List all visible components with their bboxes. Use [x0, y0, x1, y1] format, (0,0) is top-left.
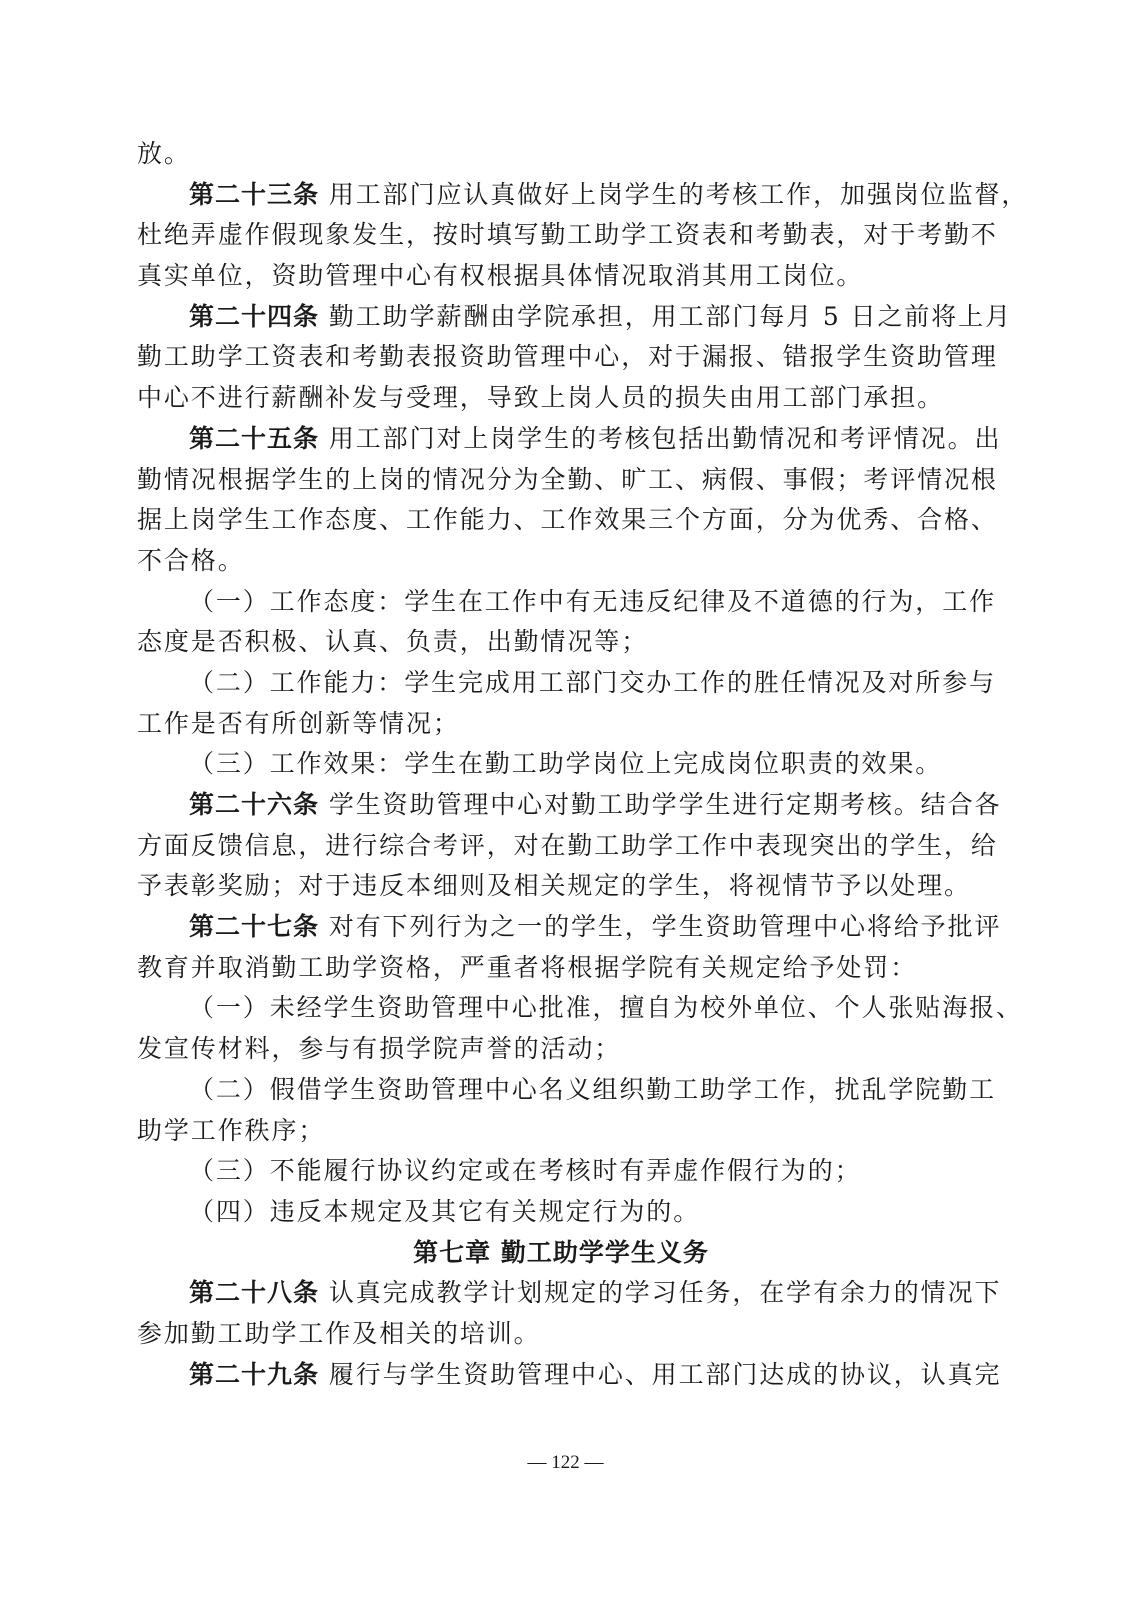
text-line: 勤情况根据学生的上岗的情况分为全勤、旷工、病假、事假；考评情况根	[137, 460, 985, 501]
list-item-line: （一）工作态度：学生在工作中有无违反纪律及不道德的行为，工作	[137, 582, 985, 623]
list-item-line: （一）未经学生资助管理中心批准，擅自为校外单位、个人张贴海报、	[137, 988, 985, 1029]
article-text: 认真完成教学计划规定的学习任务，在学有余力的情况下	[319, 1278, 1001, 1307]
text-line: 态度是否积极、认真、负责，出勤情况等；	[137, 622, 985, 663]
article-28-line: 第二十八条 认真完成教学计划规定的学习任务，在学有余力的情况下	[137, 1273, 985, 1314]
article-heading: 第二十八条	[189, 1278, 319, 1307]
article-heading: 第二十五条	[189, 424, 319, 453]
article-heading: 第二十九条	[189, 1360, 319, 1389]
article-24-line: 第二十四条 勤工助学薪酬由学院承担，用工部门每月 5 日之前将上月	[137, 297, 985, 338]
text-line: 予表彰奖励；对于违反本细则及相关规定的学生，将视情节予以处理。	[137, 866, 985, 907]
list-item-line: （二）工作能力：学生完成用工部门交办工作的胜任情况及对所参与	[137, 663, 985, 704]
text-line: 中心不进行薪酬补发与受理，导致上岗人员的损失由用工部门承担。	[137, 378, 985, 419]
text-line: 助学工作秩序；	[137, 1111, 985, 1152]
text-line: 杜绝弄虚作假现象发生，按时填写勤工助学工资表和考勤表，对于考勤不	[137, 215, 985, 256]
article-29-line: 第二十九条 履行与学生资助管理中心、用工部门达成的协议，认真完	[137, 1355, 985, 1396]
text-line: 不合格。	[137, 541, 985, 582]
article-heading: 第二十四条	[189, 302, 319, 331]
text-line: 放。	[137, 134, 985, 175]
text-line: 勤工助学工资表和考勤表报资助管理中心，对于漏报、错报学生资助管理	[137, 337, 985, 378]
chapter-heading: 第七章 勤工助学学生义务	[137, 1233, 985, 1274]
list-item-line: （二）假借学生资助管理中心名义组织勤工助学工作，扰乱学院勤工	[137, 1070, 985, 1111]
article-23-line: 第二十三条 用工部门应认真做好上岗学生的考核工作，加强岗位监督，	[137, 175, 985, 216]
article-25-line: 第二十五条 用工部门对上岗学生的考核包括出勤情况和考评情况。出	[137, 419, 985, 460]
article-text: 勤工助学薪酬由学院承担，用工部门每月 5 日之前将上月	[319, 302, 1012, 331]
list-item-line: （三）不能履行协议约定或在考核时有弄虚作假行为的；	[137, 1151, 985, 1192]
article-heading: 第二十七条	[189, 912, 319, 941]
text-line: 发宣传材料，参与有损学院声誉的活动；	[137, 1029, 985, 1070]
text-line: 真实单位，资助管理中心有权根据具体情况取消其用工岗位。	[137, 256, 985, 297]
article-text: 对有下列行为之一的学生，学生资助管理中心将给予批评	[319, 912, 1001, 941]
article-text: 学生资助管理中心对勤工助学学生进行定期考核。结合各	[319, 790, 1001, 819]
text-line: 教育并取消勤工助学资格，严重者将根据学院有关规定给予处罚：	[137, 948, 985, 989]
article-text: 履行与学生资助管理中心、用工部门达成的协议，认真完	[319, 1360, 1001, 1389]
text-line: 方面反馈信息，进行综合考评，对在勤工助学工作中表现突出的学生，给	[137, 826, 985, 867]
list-item-line: （四）违反本规定及其它有关规定行为的。	[137, 1192, 985, 1233]
text-line: 工作是否有所创新等情况；	[137, 704, 985, 745]
text-line: 参加勤工助学工作及相关的培训。	[137, 1314, 985, 1355]
text-line: 据上岗学生工作态度、工作能力、工作效果三个方面，分为优秀、合格、	[137, 500, 985, 541]
article-26-line: 第二十六条 学生资助管理中心对勤工助学学生进行定期考核。结合各	[137, 785, 985, 826]
article-text: 用工部门对上岗学生的考核包括出勤情况和考评情况。出	[319, 424, 1001, 453]
article-27-line: 第二十七条 对有下列行为之一的学生，学生资助管理中心将给予批评	[137, 907, 985, 948]
list-item-line: （三）工作效果：学生在勤工助学岗位上完成岗位职责的效果。	[137, 744, 985, 785]
page-number: — 122 —	[0, 1452, 1131, 1474]
document-body: 放。 第二十三条 用工部门应认真做好上岗学生的考核工作，加强岗位监督， 杜绝弄虚…	[137, 134, 985, 1395]
article-heading: 第二十三条	[189, 180, 319, 209]
article-text: 用工部门应认真做好上岗学生的考核工作，加强岗位监督，	[319, 180, 1028, 209]
article-heading: 第二十六条	[189, 790, 319, 819]
